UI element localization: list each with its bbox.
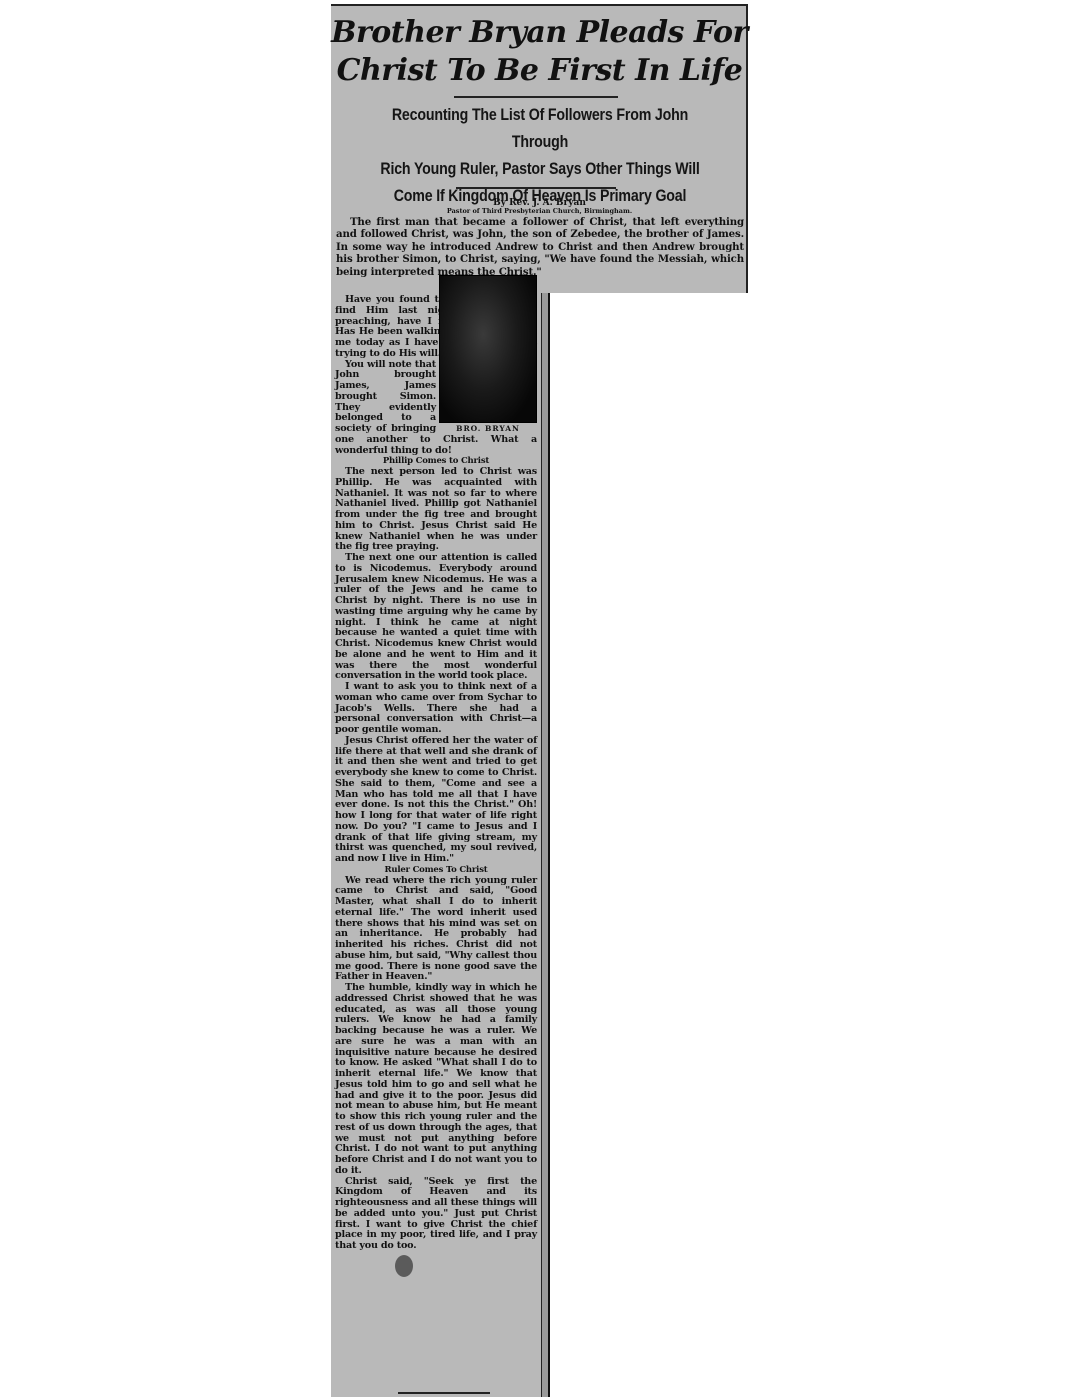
- lead-paragraph: The first man that became a follower of …: [336, 216, 744, 278]
- paragraph: The next one our attention is called to …: [335, 553, 537, 682]
- paragraph: Christ said, "Seek ye first the Kingdom …: [335, 1177, 537, 1252]
- adjacent-column-edge: [541, 293, 550, 1397]
- subhead-ruler: Ruler Comes To Christ: [335, 865, 537, 876]
- deck-line-2: Rich Young Ruler, Pastor Says Other Thin…: [363, 156, 717, 183]
- deck-rule: [456, 187, 616, 189]
- paragraph: The humble, kindly way in which he addre…: [335, 983, 537, 1177]
- end-rule: [398, 1392, 490, 1394]
- paragraph: Jesus Christ offered her the water of li…: [335, 736, 537, 865]
- headline-line-2: Christ To Be First In Life: [331, 52, 748, 90]
- paragraph: The next person led to Christ was Philli…: [335, 467, 537, 553]
- headline: Brother Bryan Pleads For Christ To Be Fi…: [331, 14, 748, 90]
- headline-rule: [454, 96, 618, 98]
- photo-caption: BRO. BRYAN: [440, 424, 536, 434]
- paragraph: We read where the rich young ruler came …: [335, 876, 537, 984]
- portrait-photo: BRO. BRYAN: [439, 275, 537, 423]
- paragraph: I want to ask you to think next of a wom…: [335, 682, 537, 736]
- deck-subheadline: Recounting The List Of Followers From Jo…: [363, 102, 717, 210]
- photo-figure: BRO. BRYAN: [439, 274, 537, 434]
- ink-smudge: [395, 1255, 413, 1277]
- headline-line-1: Brother Bryan Pleads For: [331, 14, 748, 52]
- article-body-column: Have you found the Messiah? Did I find H…: [335, 295, 537, 1252]
- deck-line-1: Recounting The List Of Followers From Jo…: [363, 102, 717, 156]
- byline-title: Pastor of Third Presbyterian Church, Bir…: [331, 208, 748, 215]
